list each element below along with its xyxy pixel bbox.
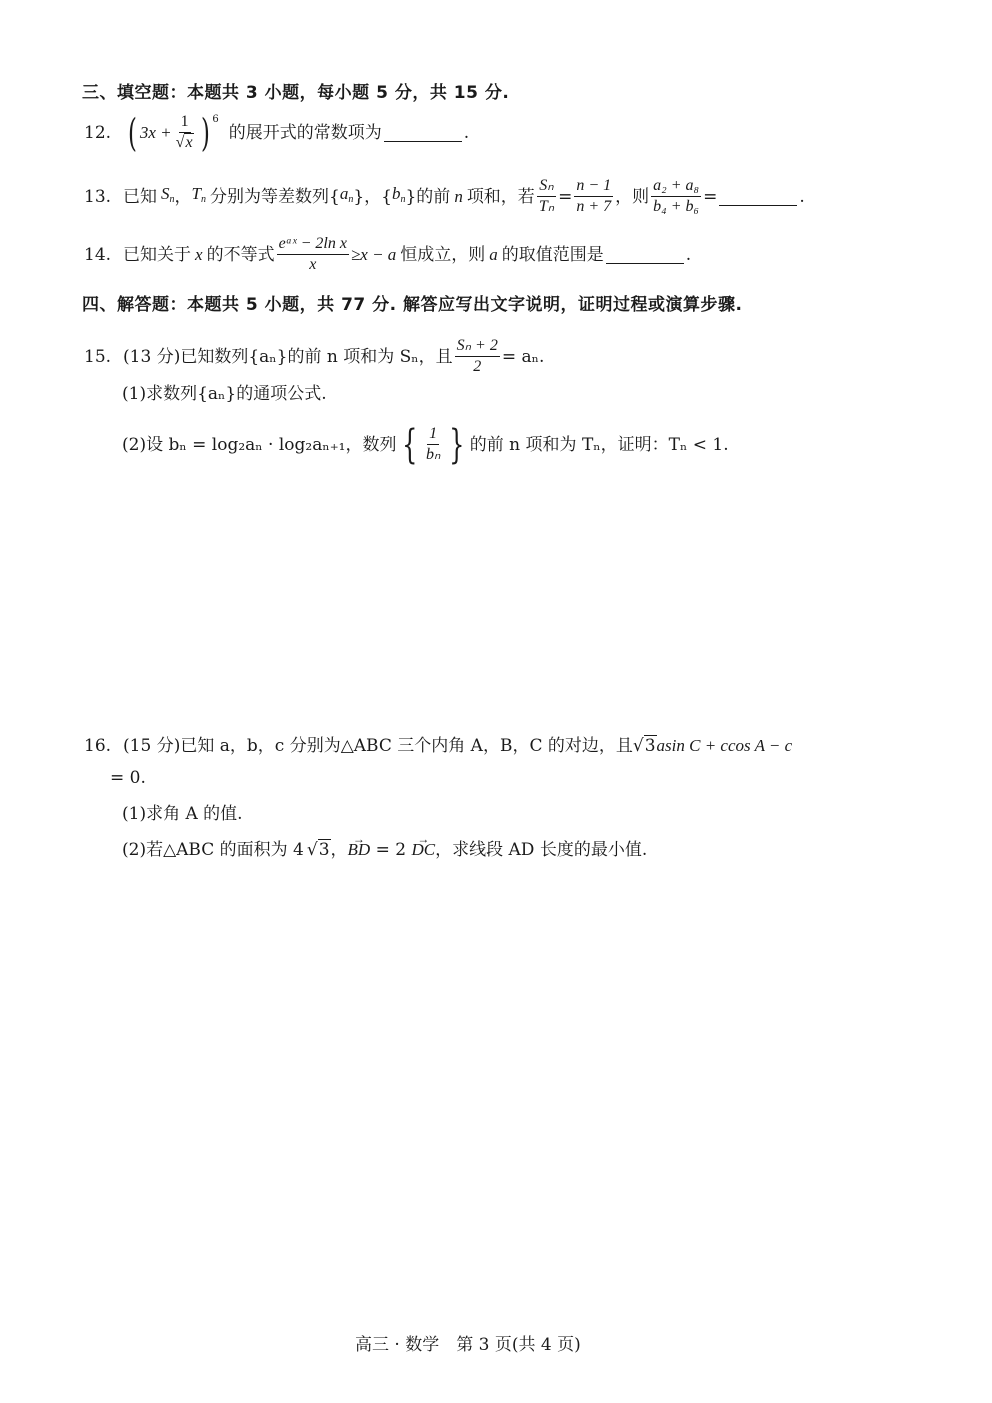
- question-15: 15. (13 分) 已知数列{aₙ}的前 n 项和为 Sₙ，且 Sₙ + 22…: [84, 336, 544, 377]
- fraction-a-over-b: a₂ + a₈b₄ + b₆: [651, 176, 701, 217]
- answer-blank[interactable]: [606, 245, 684, 264]
- fraction-1-over-bn: 1bₙ: [424, 424, 442, 465]
- question-12: 12. ( 3x + 1 √x ) 6 的展开式的常数项为 .: [84, 112, 469, 153]
- section-4-heading: 四、解答题：本题共 5 小题，共 77 分. 解答应写出文字说明，证明过程或演算…: [82, 290, 743, 315]
- left-brace-icon: {: [402, 425, 417, 465]
- right-paren-icon: ): [201, 114, 210, 152]
- fraction-sn: Sₙ + 22: [455, 336, 500, 377]
- vector-dc: DC: [412, 838, 436, 862]
- vector-bd: BD: [348, 838, 371, 862]
- fraction-n: n − 1n + 7: [574, 176, 613, 217]
- exponent: 6: [212, 108, 218, 132]
- fraction: 1 √x: [174, 112, 196, 153]
- sqrt-icon: √3: [307, 838, 331, 862]
- answer-blank[interactable]: [384, 123, 462, 142]
- section-3-heading: 三、填空题：本题共 3 小题，每小题 5 分，共 15 分.: [82, 78, 509, 103]
- answer-blank[interactable]: [719, 187, 797, 206]
- right-brace-icon: }: [449, 425, 464, 465]
- fraction-s-over-t: SₙTₙ: [537, 176, 556, 217]
- sqrt-icon: √3: [633, 734, 657, 758]
- question-13: 13. 已知 Sn ， Tn 分别为等差数列{ an }，{ bn }的前 n …: [84, 176, 805, 217]
- question-16-line-2: = 0.: [110, 766, 146, 790]
- fraction-inequality: eᵃˣ − 2ln xx: [277, 234, 349, 275]
- question-15-part-2: (2)设 bₙ = log₂aₙ · log₂aₙ₊₁，数列 { 1bₙ } 的…: [122, 424, 729, 465]
- question-number: 12.: [84, 121, 111, 145]
- question-15-part-1: (1)求数列{aₙ}的通项公式.: [122, 382, 327, 406]
- question-16: 16. (15 分) 已知 a，b，c 分别为△ABC 三个内角 A，B，C 的…: [84, 734, 792, 758]
- page-footer: 高三 · 数学 第 3 页(共 4 页): [355, 1330, 581, 1355]
- question-14: 14. 已知关于 x 的不等式 eᵃˣ − 2ln xx ≥x − a 恒成立，…: [84, 234, 691, 275]
- question-16-part-2: (2)若△ABC 的面积为 4 √3 ， BD = 2 DC ，求线段 AD 长…: [122, 838, 647, 862]
- question-16-part-1: (1)求角 A 的值.: [122, 802, 243, 826]
- expr-base: 3x +: [140, 121, 172, 145]
- left-paren-icon: (: [128, 114, 137, 152]
